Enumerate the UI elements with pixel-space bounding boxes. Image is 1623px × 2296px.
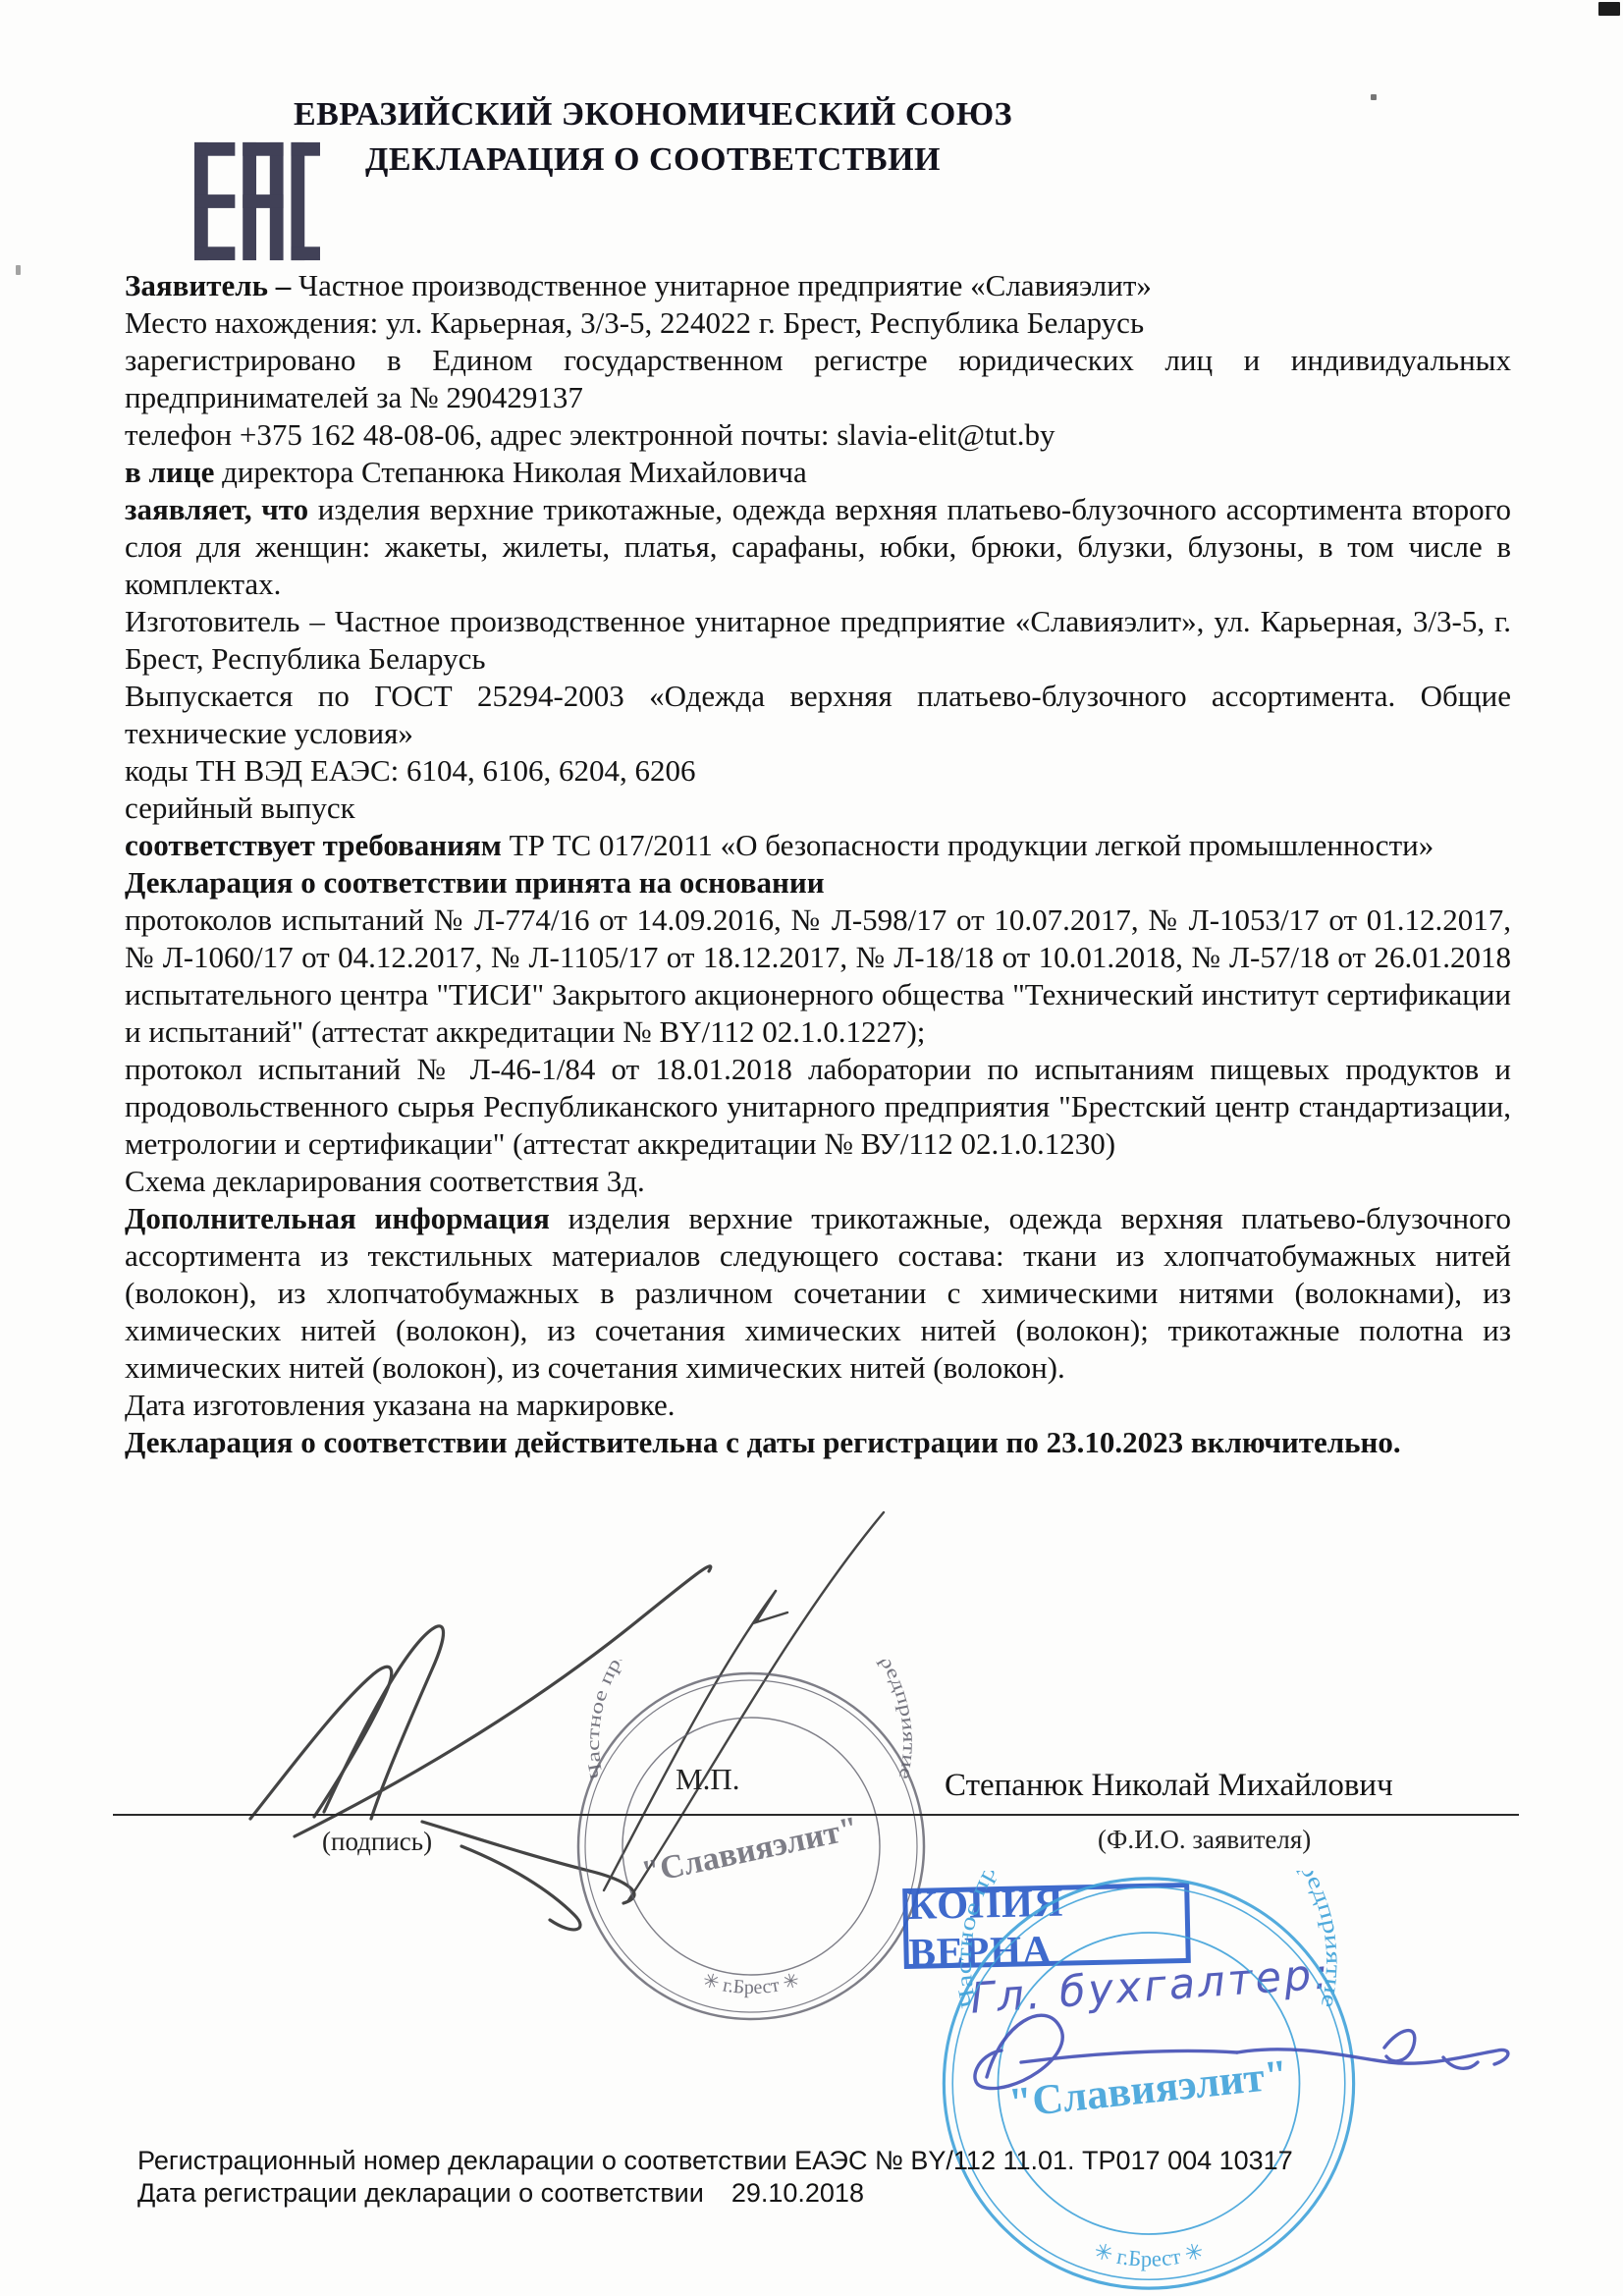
company-round-stamp-black: Частное производственное унитарное предп… xyxy=(574,1660,928,2033)
stamp-ring-text: Частное производственное унитарное предп… xyxy=(583,1660,919,1781)
paragraph: Заявитель – Частное производственное уни… xyxy=(125,267,1511,304)
paragraph: телефон +375 162 48-08-06, адрес электро… xyxy=(125,416,1511,454)
registration-date-value: 29.10.2018 xyxy=(731,2178,864,2208)
document-body: Заявитель – Частное производственное уни… xyxy=(125,267,1511,1461)
title-declaration-line: ДЕКЛАРАЦИЯ О СООТВЕТСТВИИ xyxy=(0,137,1306,183)
paragraph: Изготовитель – Частное производственное … xyxy=(125,603,1511,678)
svg-text:Частное производственное унита: Частное производственное унитарное предп… xyxy=(583,1660,919,1781)
applicant-name-caption: (Ф.И.О. заявителя) xyxy=(1098,1825,1311,1855)
paragraph: Место нахождения: ул. Карьерная, 3/3-5, … xyxy=(125,304,1511,342)
paragraph: Выпускается по ГОСТ 25294-2003 «Одежда в… xyxy=(125,678,1511,752)
registration-date-label: Дата регистрации декларации о соответств… xyxy=(137,2178,704,2208)
registration-footer: Регистрационный номер декларации о соотв… xyxy=(137,2145,1293,2210)
handwritten-signature xyxy=(118,1424,1001,1954)
signature-caption: (подпись) xyxy=(322,1827,432,1857)
signature-line xyxy=(113,1814,1519,1816)
registration-number-line: Регистрационный номер декларации о соотв… xyxy=(137,2145,1293,2177)
svg-text:✳ г.Брест ✳: ✳ г.Брест ✳ xyxy=(700,1969,802,1998)
paragraph: в лице директора Степанюка Николая Михай… xyxy=(125,454,1511,491)
stamp-center-text: "Славияэлит" xyxy=(638,1810,861,1891)
mp-label: М.П. xyxy=(676,1762,739,1797)
paragraph: коды ТН ВЭД ЕАЭС: 6104, 6106, 6204, 6206 xyxy=(125,752,1511,790)
paragraph: Дополнительная информация изделия верхни… xyxy=(125,1200,1511,1387)
paragraph: протокол испытаний № Л-46-1/84 от 18.01.… xyxy=(125,1051,1511,1163)
stamp-city-text: ✳ г.Брест ✳ xyxy=(700,1969,802,1998)
copy-verna-text: КОПИЯ ВЕРНА xyxy=(907,1876,1186,1976)
title-union-line: ЕВРАЗИЙСКИЙ ЭКОНОМИЧЕСКИЙ СОЮЗ xyxy=(0,92,1306,137)
document-title: ЕВРАЗИЙСКИЙ ЭКОНОМИЧЕСКИЙ СОЮЗ ДЕКЛАРАЦИ… xyxy=(0,92,1306,183)
scan-speck xyxy=(1371,94,1377,100)
paragraph: Схема декларирования соответствия 3д. xyxy=(125,1163,1511,1200)
paragraph: заявляет, что изделия верхние трикотажны… xyxy=(125,491,1511,603)
copy-verna-stamp: КОПИЯ ВЕРНА xyxy=(902,1883,1191,1969)
paragraph: зарегистрировано в Едином государственно… xyxy=(125,342,1511,416)
paragraph: протоколов испытаний № Л-774/16 от 14.09… xyxy=(125,902,1511,1051)
paragraph: Дата изготовления указана на маркировке. xyxy=(125,1387,1511,1424)
paragraph: соответствует требованиям ТР ТС 017/2011… xyxy=(125,827,1511,864)
blue-stamp-center-text: "Славияэлит" xyxy=(1006,2050,1290,2127)
paragraph: Декларация о соответствии действительна … xyxy=(125,1424,1511,1461)
paragraph: серийный выпуск xyxy=(125,790,1511,827)
svg-text:✳ г.Брест ✳: ✳ г.Брест ✳ xyxy=(1091,2238,1206,2271)
declaration-document: ЕВРАЗИЙСКИЙ ЭКОНОМИЧЕСКИЙ СОЮЗ ДЕКЛАРАЦИ… xyxy=(0,0,1623,2296)
registration-date-line: Дата регистрации декларации о соответств… xyxy=(137,2177,1293,2210)
blue-stamp-city-text: ✳ г.Брест ✳ xyxy=(1091,2238,1206,2271)
applicant-name: Степанюк Николай Михайлович xyxy=(945,1768,1393,1804)
scan-speck xyxy=(1598,2,1620,16)
scan-speck xyxy=(16,265,21,275)
paragraph: Декларация о соответствии принята на осн… xyxy=(125,864,1511,902)
